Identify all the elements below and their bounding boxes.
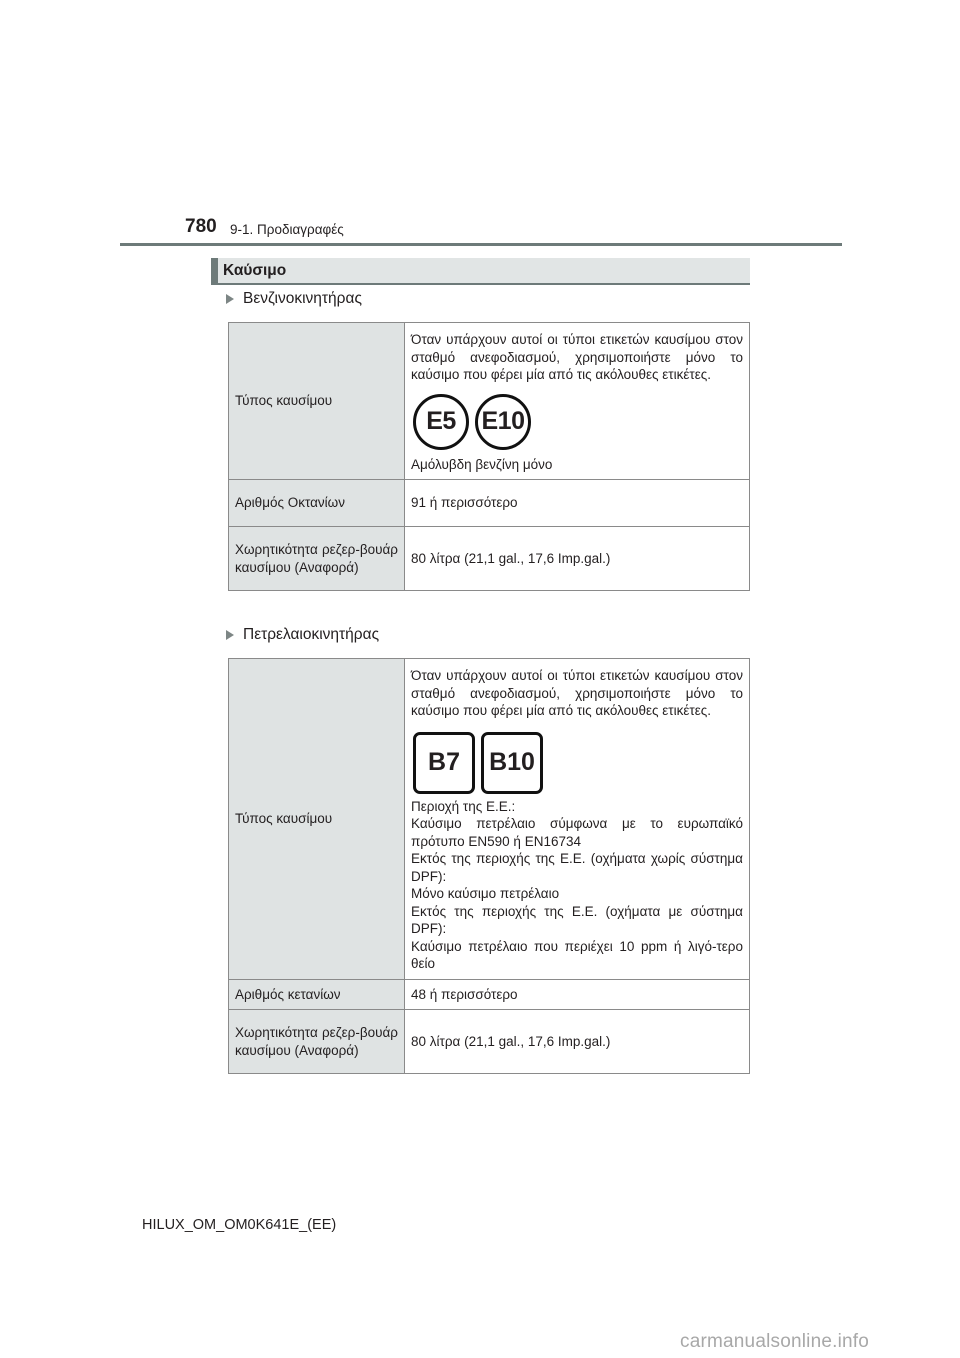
fuel-label-instructions: Όταν υπάρχουν αυτοί οι τύποι ετικετών κα… [411,331,743,384]
fuel-labels: B7 B10 [413,732,743,794]
heading-text: Καύσιμο [223,262,286,280]
fuel-label-instructions: Όταν υπάρχουν αυτοί οι τύποι ετικετών κα… [411,667,743,720]
diesel-engine-subheading: Πετρελαιοκινητήρας [226,626,379,644]
fuel-note: Μόνο καύσιμο πετρέλαιο [411,885,743,903]
triangle-bullet-icon [226,630,234,640]
table-row: Τύπος καυσίμου Όταν υπάρχουν αυτοί οι τύ… [229,323,750,480]
row-label: Χωρητικότητα ρεζερ-βουάρ καυσίμου (Αναφο… [229,1010,405,1074]
row-value: 80 λίτρα (21,1 gal., 17,6 Imp.gal.) [405,1010,750,1074]
subheading-text: Βενζινοκινητήρας [243,290,362,308]
petrol-engine-subheading: Βενζινοκινητήρας [226,290,362,308]
row-value: 80 λίτρα (21,1 gal., 17,6 Imp.gal.) [405,527,750,591]
fuel-label-e5-icon: E5 [413,394,469,450]
row-label: Τύπος καυσίμου [229,659,405,980]
triangle-bullet-icon [226,294,234,304]
fuel-label-b7-icon: B7 [413,732,475,794]
diesel-spec-table: Τύπος καυσίμου Όταν υπάρχουν αυτοί οι τύ… [228,658,750,1074]
fuel-labels: E5 E10 [413,394,743,450]
row-label: Τύπος καυσίμου [229,323,405,480]
page-number: 780 [185,216,217,238]
section-title: 9-1. Προδιαγραφές [230,222,344,237]
row-value: 91 ή περισσότερο [405,480,750,527]
header-divider [120,243,842,246]
row-label: Αριθμός κετανίων [229,979,405,1010]
fuel-note: Καύσιμο πετρέλαιο που περιέχει 10 ppm ή … [411,938,743,973]
fuel-note: Περιοχή της Ε.Ε.: [411,798,743,816]
fuel-note: Εκτός της περιοχής της Ε.Ε. (οχήματα με … [411,903,743,938]
row-value: Όταν υπάρχουν αυτοί οι τύποι ετικετών κα… [405,323,750,480]
fuel-label-e10-icon: E10 [475,394,531,450]
watermark: carmanualsonline.info [680,1331,869,1353]
table-row: Αριθμός κετανίων 48 ή περισσότερο [229,979,750,1010]
subheading-text: Πετρελαιοκινητήρας [243,626,379,644]
row-label: Χωρητικότητα ρεζερ-βουάρ καυσίμου (Αναφο… [229,527,405,591]
document-code: HILUX_OM_OM0K641E_(EE) [142,1217,336,1233]
row-value: 48 ή περισσότερο [405,979,750,1010]
fuel-note: Αμόλυβδη βενζίνη μόνο [411,456,743,474]
table-row: Αριθμός Οκτανίων 91 ή περισσότερο [229,480,750,527]
fuel-note: Καύσιμο πετρέλαιο σύμφωνα με το ευρωπαϊκ… [411,815,743,850]
row-label: Αριθμός Οκτανίων [229,480,405,527]
row-value: Όταν υπάρχουν αυτοί οι τύποι ετικετών κα… [405,659,750,980]
fuel-note: Εκτός της περιοχής της Ε.Ε. (οχήματα χωρ… [411,850,743,885]
table-row: Χωρητικότητα ρεζερ-βουάρ καυσίμου (Αναφο… [229,1010,750,1074]
fuel-label-b10-icon: B10 [481,732,543,794]
table-row: Τύπος καυσίμου Όταν υπάρχουν αυτοί οι τύ… [229,659,750,980]
section-heading: Καύσιμο [211,258,750,285]
heading-accent-bar [211,258,218,285]
petrol-spec-table: Τύπος καυσίμου Όταν υπάρχουν αυτοί οι τύ… [228,322,750,591]
table-row: Χωρητικότητα ρεζερ-βουάρ καυσίμου (Αναφο… [229,527,750,591]
